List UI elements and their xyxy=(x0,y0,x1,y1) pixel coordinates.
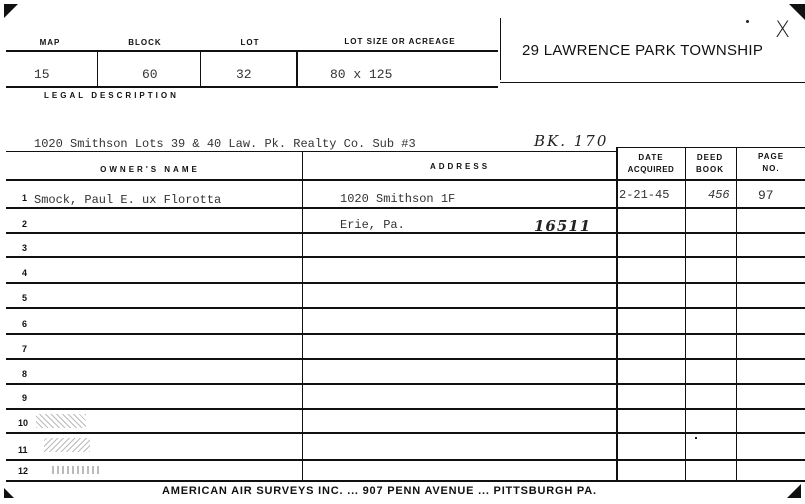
township-box-left xyxy=(500,18,501,80)
column-header-date-line2: ACQUIRED xyxy=(618,165,684,174)
corner-x-mark: X xyxy=(775,18,790,43)
column-header-page-line2: NO. xyxy=(738,164,804,173)
row-2-address-handwritten-zip: 16511 xyxy=(534,217,591,235)
row-rule-4 xyxy=(6,282,805,284)
row-rule-2 xyxy=(6,232,805,234)
row-rule-3 xyxy=(6,256,805,258)
row-number-5: 5 xyxy=(22,293,27,303)
block-value: 60 xyxy=(142,67,158,82)
township-box-bottom xyxy=(500,82,805,83)
smudge-mark-row-12 xyxy=(52,466,100,474)
row-rule-10 xyxy=(6,432,805,434)
row-1-date: 2-21-45 xyxy=(619,188,669,202)
row-number-10: 10 xyxy=(18,418,28,428)
row-number-6: 6 xyxy=(22,319,27,329)
row-number-11: 11 xyxy=(18,445,28,455)
smudge-mark-row-11 xyxy=(44,438,90,452)
legal-description-underline xyxy=(6,151,616,152)
row-number-9: 9 xyxy=(22,393,27,403)
smudge-mark-row-10 xyxy=(36,414,86,428)
stray-dot xyxy=(695,437,697,439)
divider-address-date xyxy=(616,147,618,480)
divider-deed-page xyxy=(736,147,737,480)
row-1-address: 1020 Smithson 1F xyxy=(340,192,455,206)
lot-size-label: LOT SIZE OR ACREAGE xyxy=(320,37,480,46)
row-1-deed: 456 xyxy=(708,188,730,202)
divider-lot-size xyxy=(296,50,298,86)
footer-publisher: AMERICAN AIR SURVEYS INC. ... 907 PENN A… xyxy=(162,485,597,497)
corner-mark-top-left xyxy=(4,4,18,18)
column-header-page-line1: PAGE xyxy=(738,152,804,161)
column-header-owner: OWNER'S NAME xyxy=(40,165,260,174)
township-title: 29 LAWRENCE PARK TOWNSHIP xyxy=(522,42,763,59)
legal-description-text: 1020 Smithson Lots 39 & 40 Law. Pk. Real… xyxy=(34,137,416,151)
row-rule-9 xyxy=(6,408,805,410)
lot-value: 32 xyxy=(236,67,252,82)
header-top-rule xyxy=(6,50,498,52)
column-header-deed-line2: BOOK xyxy=(686,165,734,174)
divider-block-lot xyxy=(200,50,201,86)
row-rule-11 xyxy=(6,459,805,461)
table-top-rule xyxy=(616,147,805,148)
corner-mark-top-right xyxy=(789,4,805,20)
header-row-rule xyxy=(6,179,805,181)
dot-mark xyxy=(746,20,749,23)
row-2-address: Erie, Pa. xyxy=(340,218,405,232)
lot-label: LOT xyxy=(220,38,280,47)
row-number-12: 12 xyxy=(18,466,28,476)
divider-owner-address xyxy=(302,152,303,480)
row-rule-6 xyxy=(6,333,805,335)
block-label: BLOCK xyxy=(110,38,180,47)
row-number-8: 8 xyxy=(22,369,27,379)
column-header-address: ADDRESS xyxy=(360,162,560,171)
row-number-1: 1 xyxy=(22,193,27,203)
legal-description-handwritten: BK. 170 xyxy=(534,132,608,150)
row-1-page: 97 xyxy=(758,188,774,203)
row-1-owner: Smock, Paul E. ux Florotta xyxy=(34,193,221,207)
column-header-deed-line1: DEED xyxy=(686,153,734,162)
row-rule-12 xyxy=(6,480,805,482)
row-rule-5 xyxy=(6,307,805,309)
row-number-3: 3 xyxy=(22,243,27,253)
column-header-date-line1: DATE xyxy=(618,153,684,162)
row-rule-1 xyxy=(6,207,805,209)
lot-size-value: 80 x 125 xyxy=(330,67,392,82)
row-number-4: 4 xyxy=(22,268,27,278)
row-number-2: 2 xyxy=(22,219,27,229)
row-rule-8 xyxy=(6,383,805,385)
legal-description-label: LEGAL DESCRIPTION xyxy=(44,91,179,100)
header-bottom-rule xyxy=(6,86,498,88)
divider-date-deed xyxy=(685,147,686,480)
divider-map-block xyxy=(97,50,98,86)
row-rule-7 xyxy=(6,358,805,360)
corner-mark-bottom-left xyxy=(4,488,14,498)
map-label: MAP xyxy=(20,38,80,47)
corner-mark-bottom-right xyxy=(787,484,801,498)
map-value: 15 xyxy=(34,67,50,82)
row-number-7: 7 xyxy=(22,344,27,354)
